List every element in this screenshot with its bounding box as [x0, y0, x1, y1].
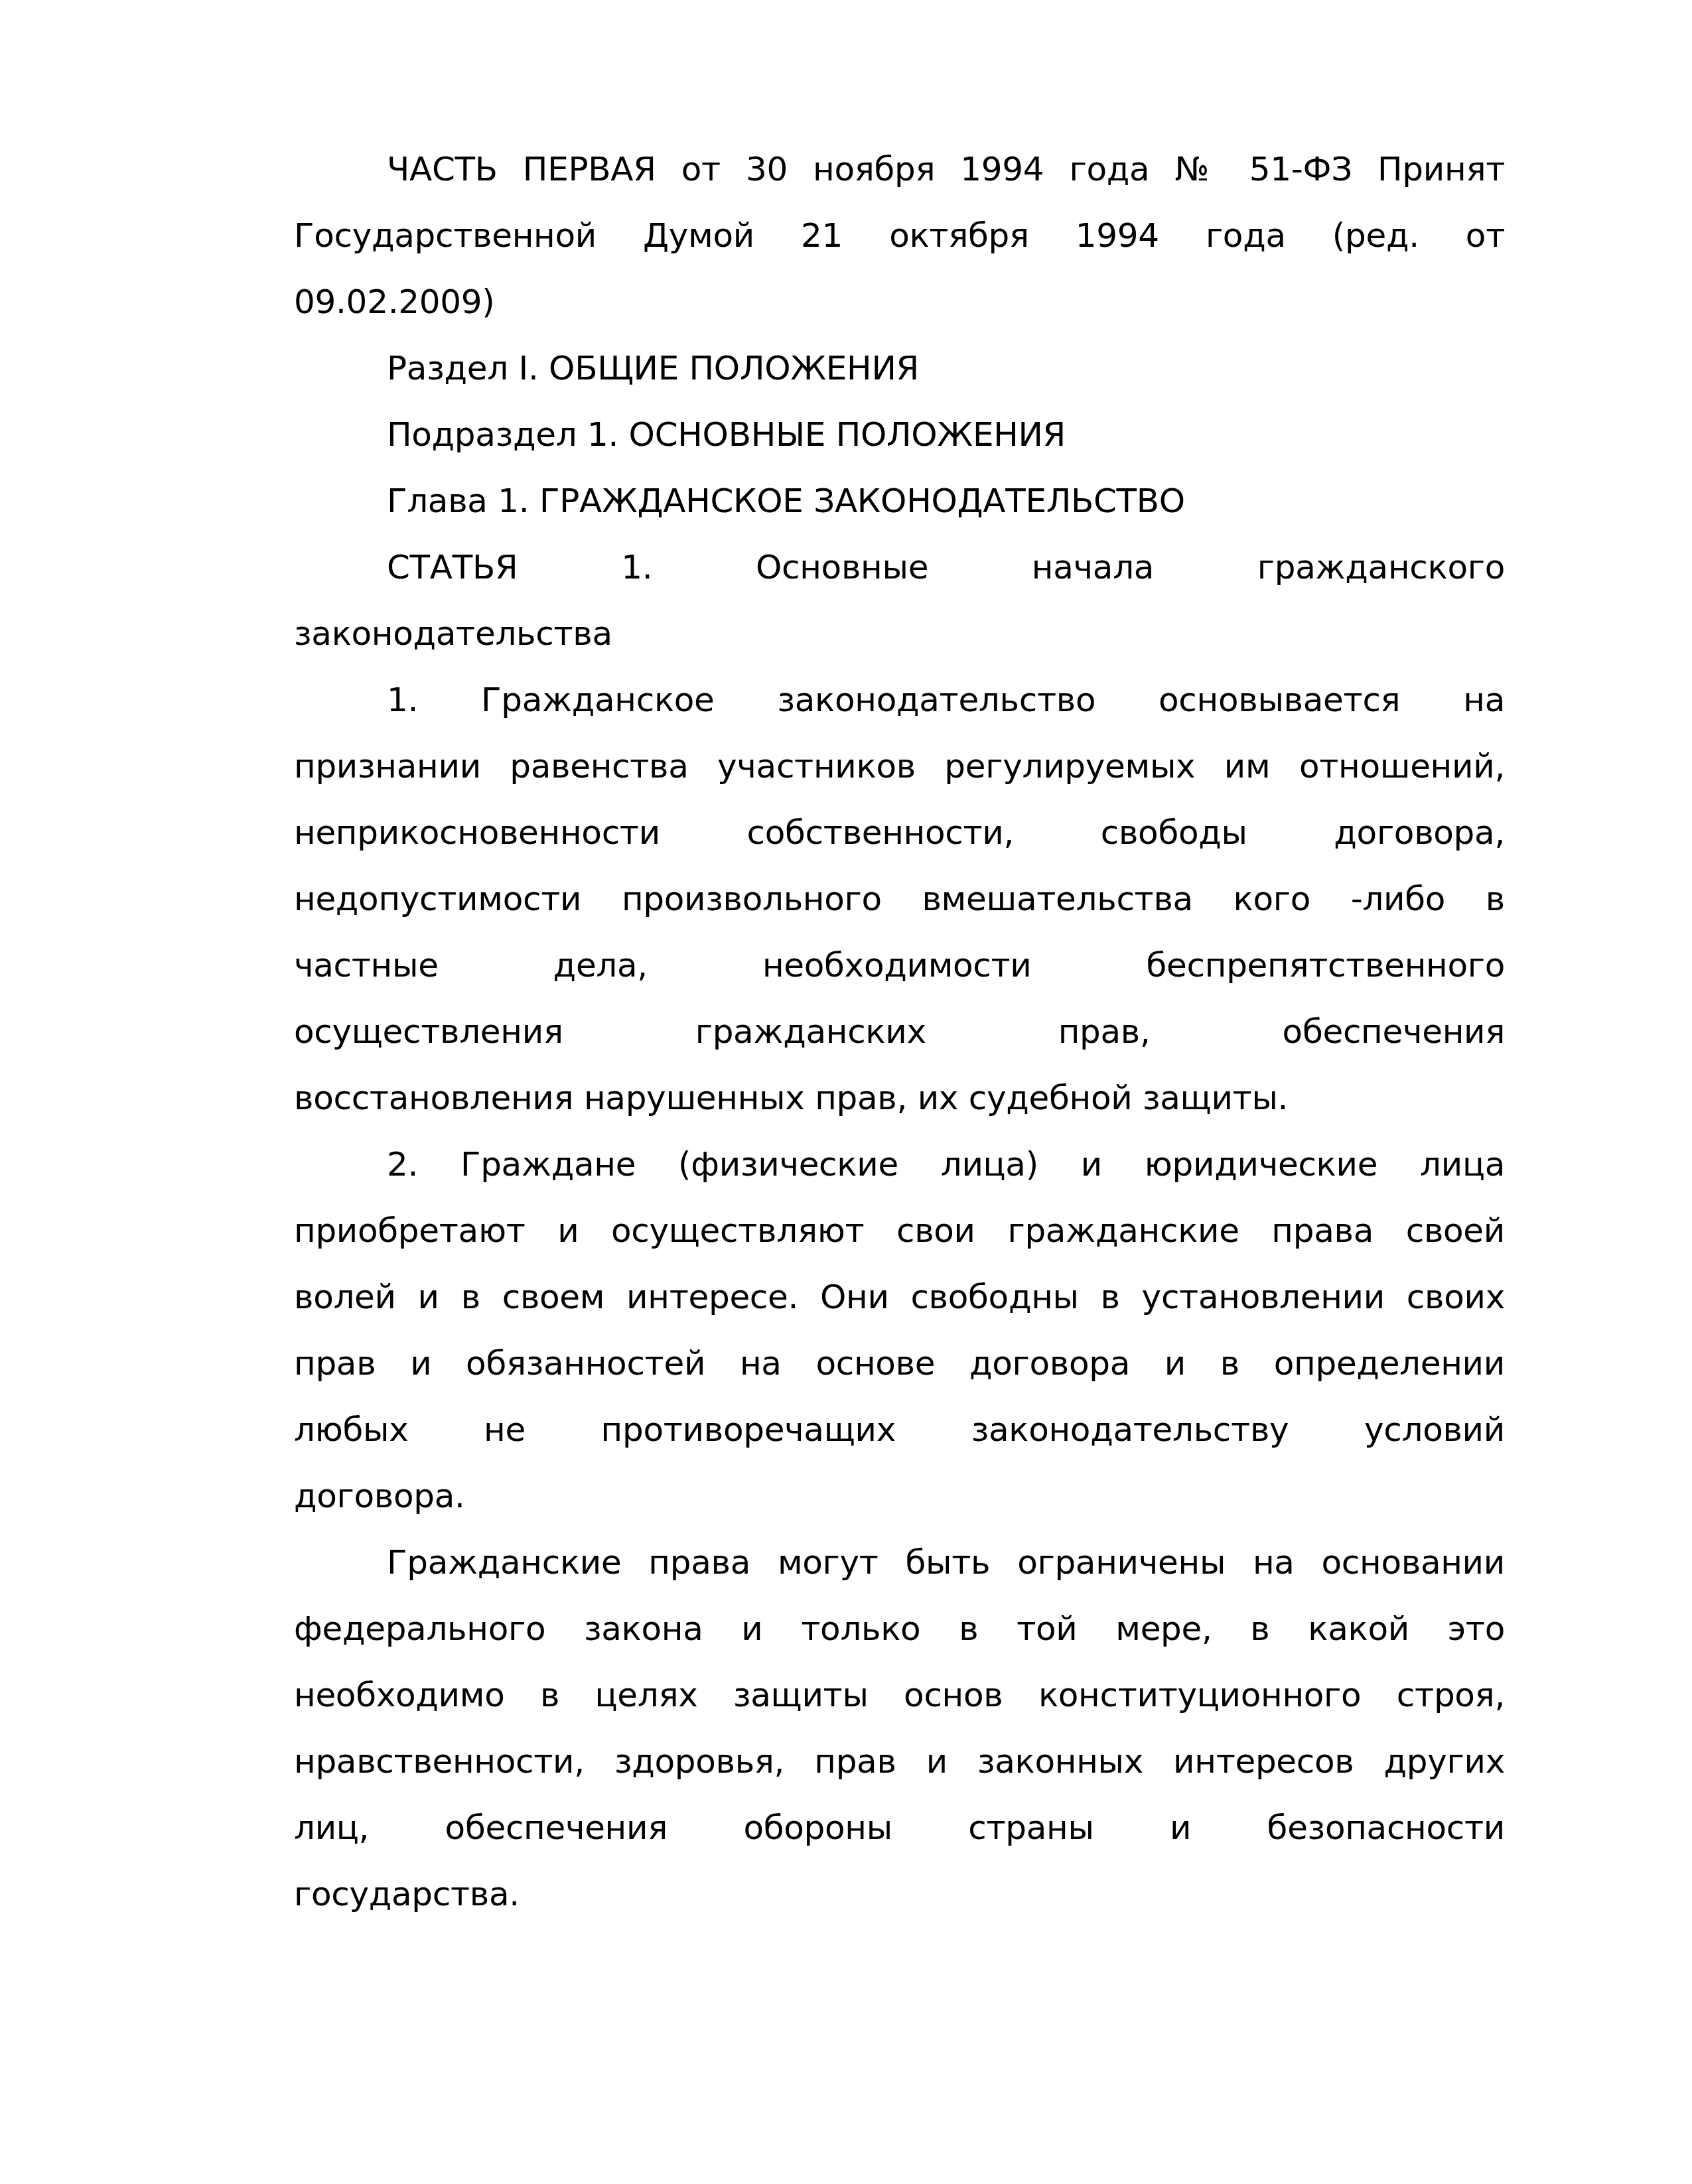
text-line: любых не противоречащих законодательству…	[294, 1397, 1505, 1463]
text-line: лиц, обеспечения обороны страны и безопа…	[294, 1795, 1505, 1861]
text-line: 09.02.2009)	[294, 269, 1505, 335]
article-title: СТАТЬЯ 1. Основные начала гражданского з…	[294, 534, 1505, 667]
text-line: неприкосновенности собственности, свобод…	[294, 799, 1505, 866]
text-line: договора.	[294, 1463, 1505, 1529]
document-header: ЧАСТЬ ПЕРВАЯ от 30 ноября 1994 года № 51…	[294, 136, 1505, 335]
text-line: необходимо в целях защиты основ конститу…	[294, 1662, 1505, 1728]
text-line: Раздел I. ОБЩИЕ ПОЛОЖЕНИЯ	[294, 335, 1505, 401]
clause-2: 2. Граждане (физические лица) и юридичес…	[294, 1131, 1505, 1529]
text-line: недопустимости произвольного вмешательст…	[294, 866, 1505, 932]
text-line: частные дела, необходимости беспрепятств…	[294, 932, 1505, 998]
text-line: федерального закона и только в той мере,…	[294, 1596, 1505, 1662]
clause-2-part-2: Гражданские права могут быть ограничены …	[294, 1529, 1505, 1927]
text-line: осуществления гражданских прав, обеспече…	[294, 998, 1505, 1065]
section-heading: Раздел I. ОБЩИЕ ПОЛОЖЕНИЯ	[294, 335, 1505, 401]
text-line: прав и обязанностей на основе договора и…	[294, 1330, 1505, 1397]
text-line: 2. Граждане (физические лица) и юридичес…	[294, 1131, 1505, 1197]
text-line: 1. Гражданское законодательство основыва…	[294, 667, 1505, 733]
text-line: Гражданские права могут быть ограничены …	[294, 1529, 1505, 1596]
text-line: признании равенства участников регулируе…	[294, 733, 1505, 799]
clause-1: 1. Гражданское законодательство основыва…	[294, 667, 1505, 1131]
text-line: Государственной Думой 21 октября 1994 го…	[294, 202, 1505, 269]
text-line: приобретают и осуществляют свои гражданс…	[294, 1197, 1505, 1264]
text-line: Глава 1. ГРАЖДАНСКОЕ ЗАКОНОДАТЕЛЬСТВО	[294, 468, 1505, 534]
text-line: восстановления нарушенных прав, их судеб…	[294, 1065, 1505, 1131]
text-line: нравственности, здоровья, прав и законны…	[294, 1728, 1505, 1795]
text-line: государства.	[294, 1861, 1505, 1927]
document-page: ЧАСТЬ ПЕРВАЯ от 30 ноября 1994 года № 51…	[294, 136, 1505, 1927]
text-line: волей и в своем интересе. Они свободны в…	[294, 1264, 1505, 1330]
text-line: СТАТЬЯ 1. Основные начала гражданского	[294, 534, 1505, 600]
subsection-heading: Подраздел 1. ОСНОВНЫЕ ПОЛОЖЕНИЯ	[294, 401, 1505, 468]
text-line: ЧАСТЬ ПЕРВАЯ от 30 ноября 1994 года № 51…	[294, 136, 1505, 202]
chapter-heading: Глава 1. ГРАЖДАНСКОЕ ЗАКОНОДАТЕЛЬСТВО	[294, 468, 1505, 534]
text-line: Подраздел 1. ОСНОВНЫЕ ПОЛОЖЕНИЯ	[294, 401, 1505, 468]
text-line: законодательства	[294, 600, 1505, 667]
